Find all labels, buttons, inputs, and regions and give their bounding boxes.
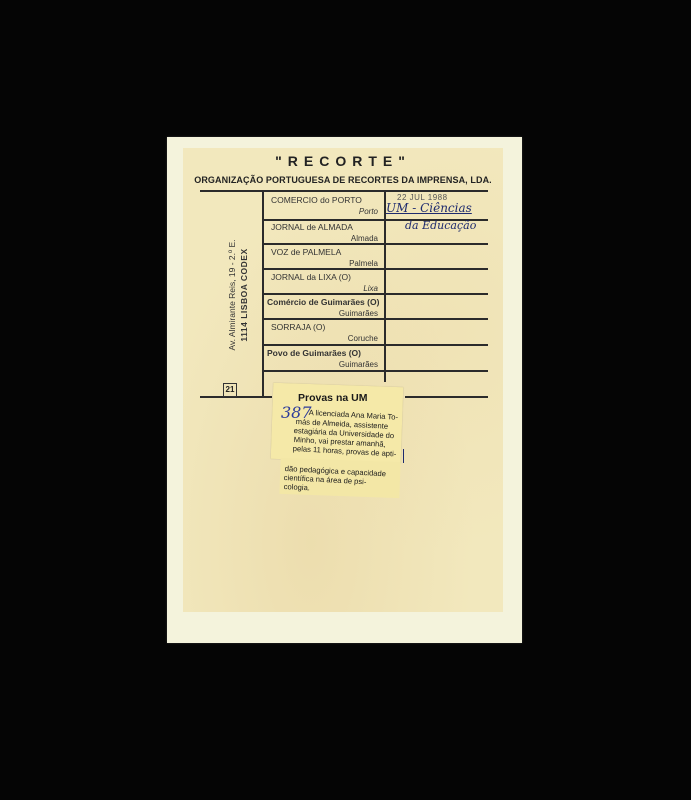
handwritten-note-line-1: UM - Ciências <box>386 201 472 215</box>
handwritten-note-line-2: da Educação <box>405 219 476 232</box>
publication-city: Guimarães <box>339 360 378 369</box>
publication-name: JORNAL de ALMADA <box>271 222 353 232</box>
clipping-line: cologia. <box>284 482 311 492</box>
publication-city: Lixa <box>363 284 378 293</box>
publication-city: Porto <box>359 207 378 216</box>
document-subtitle: ORGANIZAÇÃO PORTUGUESA DE RECORTES DA IM… <box>183 175 503 185</box>
address-line-1: Av. Almirante Reis, 19 - 2.º E. <box>226 220 238 370</box>
publication-city: Palmela <box>349 259 378 268</box>
publication-name: VOZ de PALMELA <box>271 247 341 257</box>
address-line-2: 1114 LISBOA CODEX <box>238 220 250 370</box>
box-number: 21 <box>223 383 237 397</box>
publication-name: COMERCIO do PORTO <box>271 195 362 205</box>
bottom-rule-right <box>405 396 488 398</box>
publication-name: Comércio de Guimarães (O) <box>267 297 379 307</box>
handwritten-bracket <box>400 449 404 463</box>
publication-name: SORRAJA (O) <box>271 322 325 332</box>
publication-city: Guimarães <box>339 309 378 318</box>
publication-name: JORNAL da LIXA (O) <box>271 272 351 282</box>
address-block: Av. Almirante Reis, 19 - 2.º E. 1114 LIS… <box>226 220 256 370</box>
publication-city: Almada <box>351 234 378 243</box>
publication-city: Coruche <box>348 334 378 343</box>
publication-row: Povo de Guimarães (O) Guimarães <box>264 345 384 376</box>
publication-name: Povo de Guimarães (O) <box>267 348 361 358</box>
document-title: "RECORTE" <box>183 153 503 169</box>
clipping-headline: Provas na UM <box>298 392 367 404</box>
